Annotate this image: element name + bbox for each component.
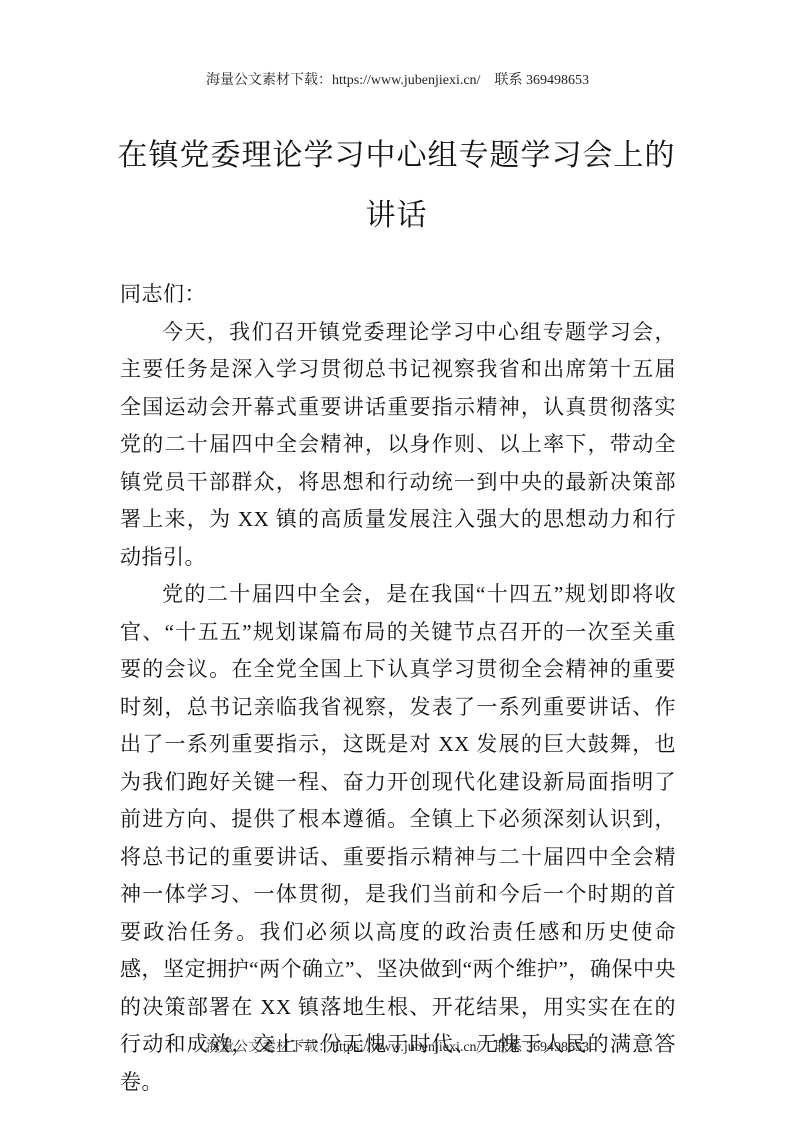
document-page: 海量公文素材下载：https://www.jubenjiexi.cn/ 联系 3… xyxy=(0,0,793,1122)
document-title: 在镇党委理论学习中心组专题学习会上的 讲话 xyxy=(100,126,693,246)
body-paragraph-2: 党的二十届四中全会，是在我国“十四五”规划即将收官、“十五五”规划谋篇布局的关键… xyxy=(120,576,676,1101)
page-header: 海量公文素材下载：https://www.jubenjiexi.cn/ 联系 3… xyxy=(120,72,675,89)
footer-watermark-text: 海量公文素材下载：https://www.jubenjiexi.cn/ 联系 3… xyxy=(206,1040,589,1055)
title-line-2: 讲话 xyxy=(100,186,693,246)
title-line-1: 在镇党委理论学习中心组专题学习会上的 xyxy=(100,126,693,186)
page-footer: 海量公文素材下载：https://www.jubenjiexi.cn/ 联系 3… xyxy=(120,1039,675,1056)
header-watermark-text: 海量公文素材下载：https://www.jubenjiexi.cn/ 联系 3… xyxy=(206,73,589,88)
document-body: 同志们： 今天，我们召开镇党委理论学习中心组专题学习会，主要任务是深入学习贯彻总… xyxy=(120,276,676,1101)
salutation-paragraph: 同志们： xyxy=(120,276,676,314)
body-paragraph-1: 今天，我们召开镇党委理论学习中心组专题学习会，主要任务是深入学习贯彻总书记视察我… xyxy=(120,314,676,577)
